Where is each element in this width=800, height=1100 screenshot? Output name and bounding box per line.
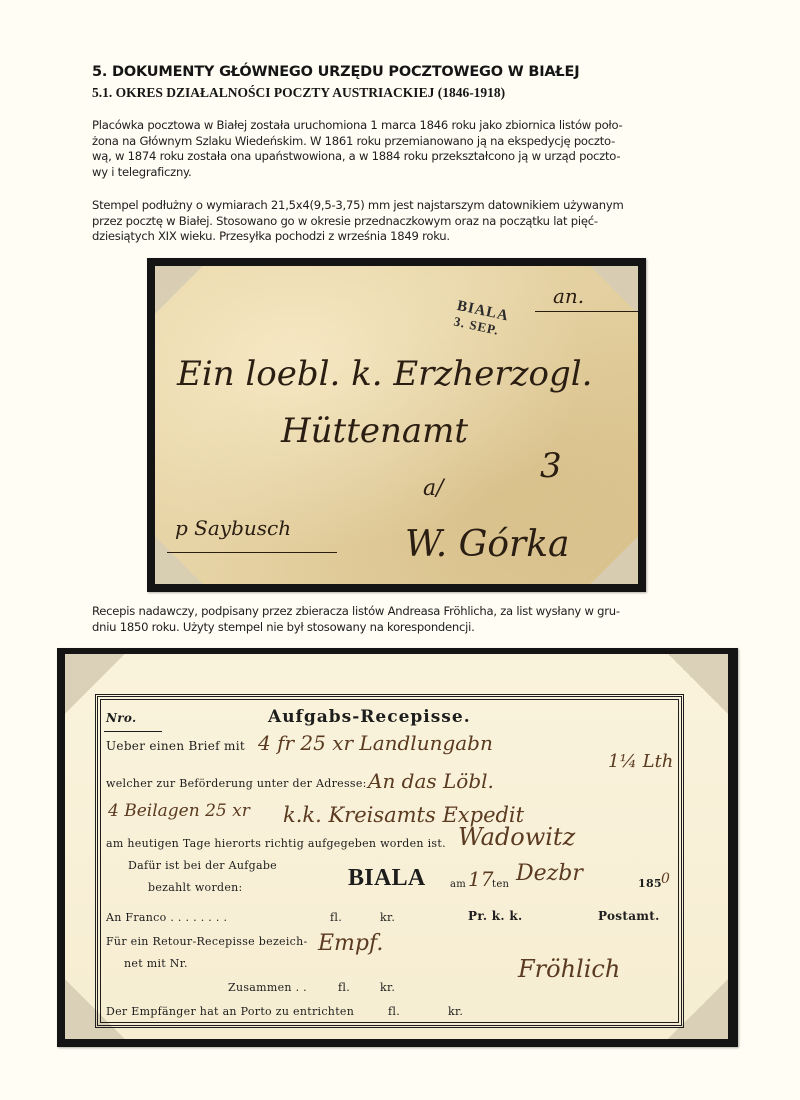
office-label-left: Pr. k. k.: [468, 909, 522, 923]
date-ten: ten: [492, 879, 509, 890]
paid-label-2: bezahlt worden:: [148, 881, 243, 894]
envelope-image: BIALA 3. SEP. an. Ein loebl. k. Erzherzo…: [147, 258, 646, 592]
photo-corner: [155, 266, 203, 314]
paid-label-1: Dafür ist bei der Aufgabe: [128, 859, 277, 872]
photo-corner: [590, 536, 638, 584]
retour-ink: Empf.: [318, 931, 383, 956]
fl-label: fl.: [338, 981, 350, 994]
address-label: welcher zur Beförderung unter der Adress…: [106, 777, 367, 790]
date-month-ink: Dezbr: [516, 861, 583, 886]
destination: W. Górka: [405, 524, 570, 565]
route-note: p Saybusch: [175, 516, 291, 540]
recipient-ink: k.k. Kreisamts Expedit: [283, 803, 524, 827]
subsection-title: 5.1. OKRES DZIAŁALNOŚCI POCZTY AUSTRIACK…: [92, 85, 505, 101]
nro-label: Nro.: [106, 711, 136, 725]
enclosures-ink: 4 Beilagen 25 xr: [108, 801, 250, 821]
destination-ink: Wadowitz: [458, 823, 575, 851]
intro-paragraph: Placówka pocztowa w Białej została uruch…: [92, 118, 732, 180]
divider: [104, 731, 162, 732]
photo-corner: [590, 266, 638, 314]
date-year-ink: 0: [661, 871, 670, 887]
stamp-description-paragraph: Stempel podłużny o wymiarach 21,5x4(9,5-…: [92, 198, 732, 245]
envelope-paper: BIALA 3. SEP. an. Ein loebl. k. Erzherzo…: [155, 266, 638, 584]
kr-label: kr.: [448, 1005, 463, 1018]
receipt-form: Nro. Aufgabs-Recepisse. Ueber einen Brie…: [95, 694, 684, 1028]
receipt-image: Nro. Aufgabs-Recepisse. Ueber einen Brie…: [57, 648, 738, 1047]
photo-corner: [155, 536, 203, 584]
kr-label: kr.: [380, 911, 395, 924]
total-label: Zusammen . .: [228, 981, 307, 994]
receipt-title: Aufgabs-Recepisse.: [268, 707, 471, 727]
note-an: an.: [553, 284, 584, 308]
rate-mark: 3: [540, 446, 562, 486]
address-line-1: Ein loebl. k. Erzherzogl.: [177, 354, 592, 394]
fl-label: fl.: [330, 911, 342, 924]
kr-label: kr.: [380, 981, 395, 994]
office-label-right: Postamt.: [598, 909, 660, 923]
biala-postmark: BIALA 3. SEP.: [452, 299, 510, 339]
underline: [167, 552, 337, 553]
address-line-2: Hüttenamt: [281, 411, 468, 451]
fl-label: fl.: [388, 1005, 400, 1018]
letter-value-ink: 4 fr 25 xr Landlungabn: [258, 731, 493, 755]
via-mark: a/: [423, 476, 444, 501]
date-day-ink: 17: [468, 867, 493, 891]
weight-ink: 1¼ Lth: [608, 751, 673, 772]
letter-label: Ueber einen Brief mit: [106, 739, 245, 753]
retour-label-1: Für ein Retour-Recepisse bezeich-: [106, 935, 308, 948]
date-year: 185: [638, 877, 662, 890]
underline: [535, 311, 638, 312]
posted-label: am heutigen Tage hierorts richtig aufgeg…: [106, 837, 446, 850]
porto-label: Der Empfänger hat an Porto zu entrichten: [106, 1005, 354, 1018]
section-title: 5. DOKUMENTY GŁÓWNEGO URZĘDU POCZTOWEGO …: [92, 64, 579, 80]
address-ink: An das Löbl.: [368, 769, 494, 793]
date-am: am: [450, 879, 466, 890]
biala-office-stamp: BIALA: [348, 865, 426, 892]
franco-label: An Franco . . . . . . . .: [106, 911, 227, 924]
signature-frohlich: Fröhlich: [518, 955, 620, 983]
retour-label-2: net mit Nr.: [124, 957, 188, 970]
receipt-paper: Nro. Aufgabs-Recepisse. Ueber einen Brie…: [65, 654, 728, 1039]
receipt-caption: Recepis nadawczy, podpisany przez zbiera…: [92, 604, 732, 635]
